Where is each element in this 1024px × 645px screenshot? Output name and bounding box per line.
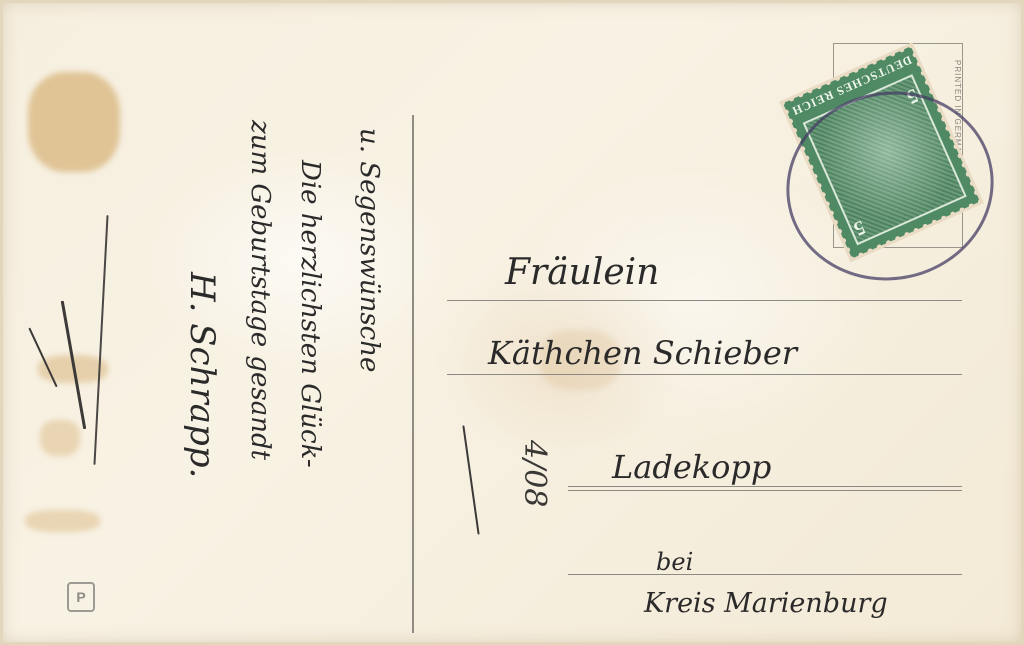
address-rule-2 (447, 374, 962, 375)
address-line-1: Fräulein (505, 252, 659, 293)
stain-left-bottom (25, 510, 100, 532)
address-line-2: Käthchen Schieber (488, 334, 797, 372)
address-line-3: Ladekopp (612, 448, 771, 486)
address-line-4: bei (656, 548, 693, 576)
stain-top-left (28, 72, 120, 172)
message-line-2: Die herzlichsten Glück- (295, 160, 325, 468)
message-line-3: zum Geburtstage gesandt (245, 120, 275, 460)
message-line-1: u. Segenswünsche (354, 128, 384, 372)
address-rule-1 (447, 300, 962, 301)
stain-left-low (40, 420, 80, 456)
center-divider (412, 115, 414, 633)
pencil-date-note: 4/08 (517, 440, 552, 507)
address-rule-3 (568, 486, 962, 491)
message-signature: H. Schrapp. (182, 272, 222, 478)
publisher-logo-icon: P (67, 582, 95, 612)
address-line-5: Kreis Marienburg (644, 588, 888, 619)
address-rule-4 (568, 574, 962, 575)
postcard: PRINTED IN GERMANY. DEUTSCHES REICH 5 5 … (0, 0, 1024, 645)
